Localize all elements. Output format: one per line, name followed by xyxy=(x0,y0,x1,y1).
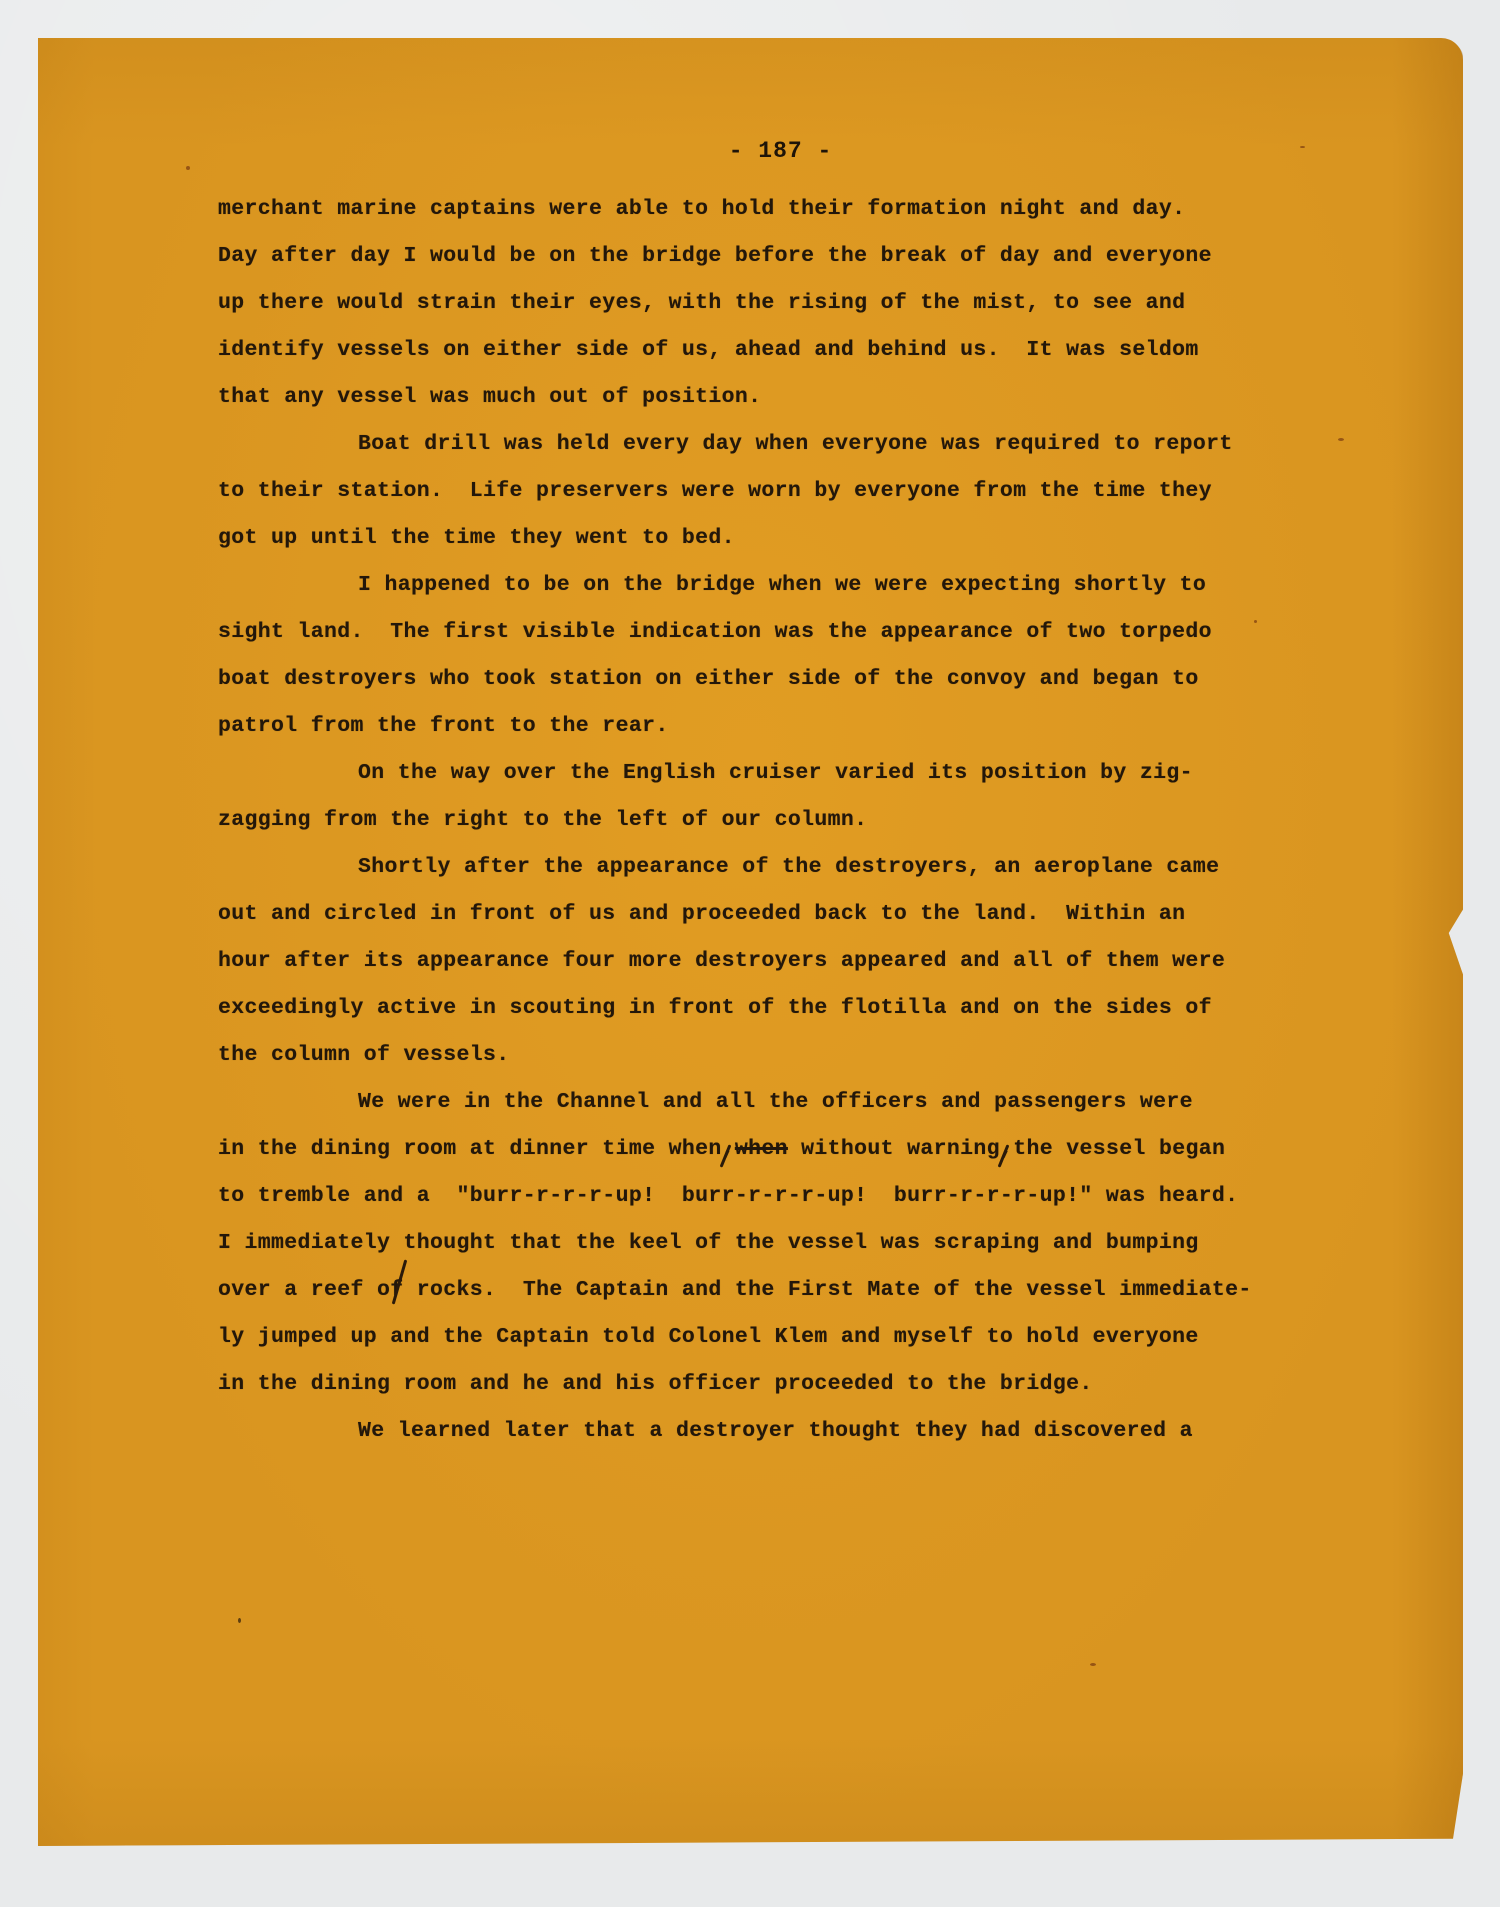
text-line: out and circled in front of us and proce… xyxy=(218,891,1368,938)
text-line: Day after day I would be on the bridge b… xyxy=(218,233,1368,280)
text-line: boat destroyers who took station on eith… xyxy=(218,656,1368,703)
text-segment: in the dining room at dinner time when xyxy=(218,1137,722,1161)
paragraph: Shortly after the appearance of the dest… xyxy=(218,844,1368,1079)
text-segment: without warning xyxy=(788,1137,1000,1161)
text-segment: the vessel began xyxy=(1013,1137,1225,1161)
paper-speck xyxy=(186,166,190,170)
text-line: I immediately thought that the keel of t… xyxy=(218,1220,1368,1267)
paragraph: I happened to be on the bridge when we w… xyxy=(218,562,1368,750)
paragraph: We were in the Channel and all the offic… xyxy=(218,1079,1368,1408)
text-line: patrol from the front to the rear. xyxy=(218,703,1368,750)
text-line: Shortly after the appearance of the dest… xyxy=(218,844,1368,891)
text-line: to tremble and a "burr-r-r-r-up! burr-r-… xyxy=(218,1173,1368,1220)
text-line: to their station. Life preservers were w… xyxy=(218,468,1368,515)
text-segment: rocks. The Captain and the First Mate of… xyxy=(404,1278,1252,1302)
text-line-with-edits: in the dining room at dinner time when,w… xyxy=(218,1126,1368,1173)
paragraph: On the way over the English cruiser vari… xyxy=(218,750,1368,844)
paper-speck xyxy=(238,1618,241,1623)
text-line: merchant marine captains were able to ho… xyxy=(218,186,1368,233)
text-line: got up until the time they went to bed. xyxy=(218,515,1368,562)
text-line: zagging from the right to the left of ou… xyxy=(218,797,1368,844)
text-line: that any vessel was much out of position… xyxy=(218,374,1368,421)
paragraph: merchant marine captains were able to ho… xyxy=(218,186,1368,421)
text-line: sight land. The first visible indication… xyxy=(218,609,1368,656)
handwritten-correction-mark: f xyxy=(390,1267,403,1314)
text-line: We were in the Channel and all the offic… xyxy=(218,1079,1368,1126)
handwritten-comma-mark: , xyxy=(722,1126,735,1173)
text-line-with-edits: over a reef of rocks. The Captain and th… xyxy=(218,1267,1368,1314)
text-line: ly jumped up and the Captain told Colone… xyxy=(218,1314,1368,1361)
paragraph: Boat drill was held every day when every… xyxy=(218,421,1368,562)
text-line: in the dining room and he and his office… xyxy=(218,1361,1368,1408)
body-text: merchant marine captains were able to ho… xyxy=(218,186,1368,1455)
typewritten-page: - 187 - merchant marine captains were ab… xyxy=(38,38,1463,1846)
text-line: up there would strain their eyes, with t… xyxy=(218,280,1368,327)
text-line: Boat drill was held every day when every… xyxy=(218,421,1368,468)
page-number: - 187 - xyxy=(38,138,1463,164)
text-line: the column of vessels. xyxy=(218,1032,1368,1079)
text-line: identify vessels on either side of us, a… xyxy=(218,327,1368,374)
struck-through-word: when xyxy=(735,1137,788,1161)
text-line: I happened to be on the bridge when we w… xyxy=(218,562,1368,609)
text-line: hour after its appearance four more dest… xyxy=(218,938,1368,985)
text-line: exceedingly active in scouting in front … xyxy=(218,985,1368,1032)
handwritten-comma-mark: , xyxy=(1000,1126,1013,1173)
text-line: On the way over the English cruiser vari… xyxy=(218,750,1368,797)
text-segment: over a reef o xyxy=(218,1278,390,1302)
text-line: We learned later that a destroyer though… xyxy=(218,1408,1368,1455)
paragraph: We learned later that a destroyer though… xyxy=(218,1408,1368,1455)
paper-speck xyxy=(1090,1663,1096,1666)
